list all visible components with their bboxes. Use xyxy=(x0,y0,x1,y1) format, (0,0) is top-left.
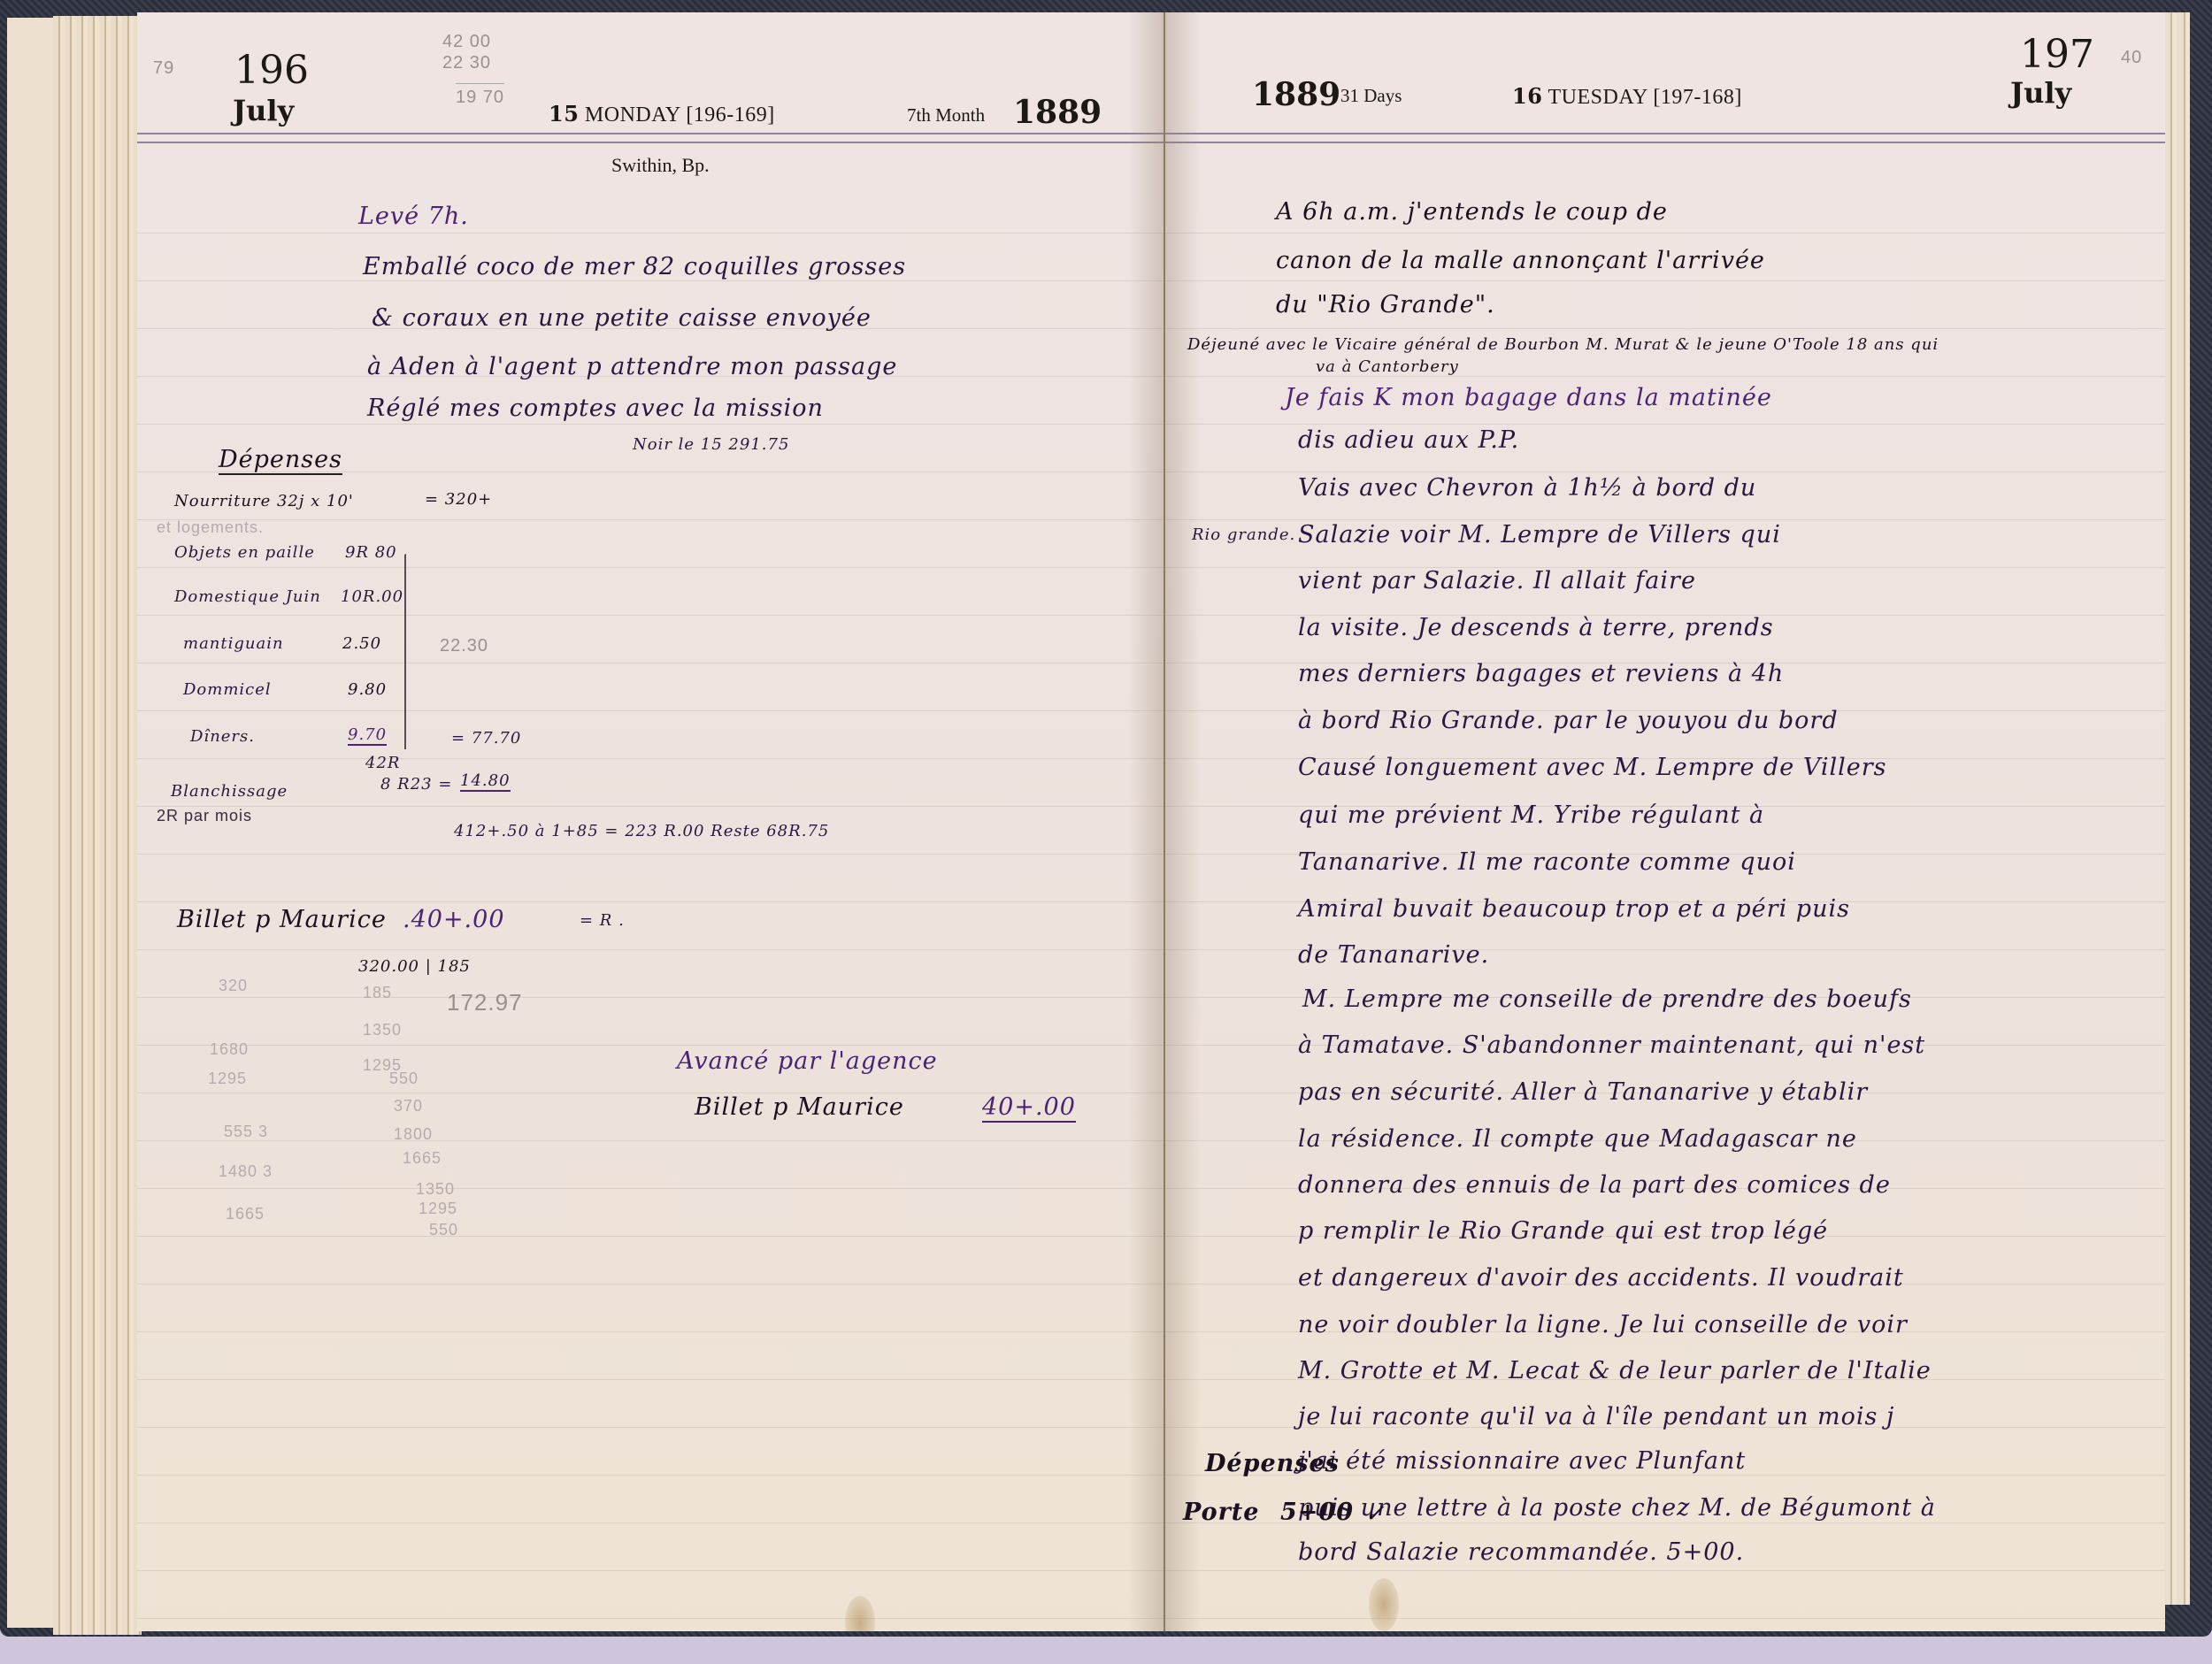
day-number: 16 xyxy=(1512,83,1542,109)
calc-col: 1350 xyxy=(363,1021,402,1039)
diary-entry-line: canon de la malle annonçant l'arrivée xyxy=(1276,247,1765,274)
expense-label: Nourriture 32j x 10' xyxy=(174,492,354,510)
calc-left-col: 320 xyxy=(219,977,248,995)
calc-left-col: 555 3 xyxy=(224,1123,268,1141)
expense-amount: 9.80 xyxy=(348,680,387,699)
diary-entry-line: donnera des ennuis de la part des comice… xyxy=(1298,1171,1891,1199)
paper-stain xyxy=(1369,1578,1399,1631)
margin-number: 79 xyxy=(153,58,174,79)
expense-amount: 10R.00 xyxy=(341,587,403,606)
header-double-rule xyxy=(137,133,1164,143)
expense-total: = 77.70 xyxy=(451,729,521,748)
diary-entry-line: bord Salazie recommandée. 5+00. xyxy=(1298,1538,1744,1566)
page-stack-edges-right xyxy=(2163,12,2190,1605)
calc-left-col: 1295 xyxy=(208,1070,247,1088)
calc-result: 172.97 xyxy=(447,989,523,1016)
diary-entry-line: Salazie voir M. Lempre de Villers qui xyxy=(1298,521,1781,548)
diary-entry-line: et dangereux d'avoir des accidents. Il v… xyxy=(1298,1264,1904,1292)
pencil-sum-line: 22 30 xyxy=(442,53,491,73)
calc-col: 550 xyxy=(389,1070,419,1088)
diary-entry-line: à Tamatave. S'abandonner maintenant, qui… xyxy=(1298,1031,1925,1059)
expense-amount: = 320+ xyxy=(425,490,492,509)
diary-entry-line: Causé longuement avec M. Lempre de Ville… xyxy=(1298,754,1887,781)
day-number: 15 xyxy=(549,101,579,127)
expense-label: Dîners. xyxy=(190,727,255,746)
expense-note: 22.30 xyxy=(440,636,488,656)
checkmark-icon: ✓ xyxy=(1364,1500,1386,1528)
diary-entry-line: ne voir doubler la ligne. Je lui conseil… xyxy=(1298,1311,1908,1338)
diary-entry-line: du "Rio Grande". xyxy=(1276,291,1495,318)
calc-top: 320.00 | 185 xyxy=(358,957,471,976)
diary-entry-line: la résidence. Il compte que Madagascar n… xyxy=(1298,1125,1857,1153)
diary-entry-line: A 6h a.m. j'entends le coup de xyxy=(1276,198,1668,226)
expense-label: Porte xyxy=(1183,1499,1259,1526)
diary-entry-line: à bord Rio Grande. par le youyou du bord xyxy=(1298,707,1839,734)
expenses-grand-total: 412+.50 à 1+85 = 223 R.00 Reste 68R.75 xyxy=(454,822,829,840)
calc-col: 185 xyxy=(363,984,392,1002)
diary-entry-line: j'ai été missionnaire avec Plunfant xyxy=(1298,1447,1746,1475)
expense-amount: 2.50 xyxy=(342,634,381,653)
pencil-sum-line: 42 00 xyxy=(442,32,491,52)
diary-entry-line: Déjeuné avec le Vicaire général de Bourb… xyxy=(1187,335,1939,354)
pencil-sum-result: 19 70 xyxy=(456,83,504,108)
date-heading: 16 TUESDAY [197-168] xyxy=(1512,83,1742,110)
expense-amount: 5+00 xyxy=(1280,1499,1354,1526)
header-double-rule xyxy=(1165,133,2165,143)
diary-page-left: 79 196 July 42 00 22 30 19 70 15 MONDAY … xyxy=(137,12,1165,1631)
diary-entry-line: de Tananarive. xyxy=(1298,941,1489,969)
month-ordinal: 7th Month xyxy=(907,104,985,127)
diary-entry-line: Je fais K mon bagage dans la matinée xyxy=(1285,384,1772,411)
expenses-title: Dépenses xyxy=(1205,1450,1340,1477)
diary-entry-line: Tananarive. Il me raconte comme quoi xyxy=(1298,848,1796,876)
calc-col: 370 xyxy=(394,1097,423,1116)
calc-col: 1295 xyxy=(419,1200,457,1218)
days-count: 31 Days xyxy=(1340,85,1402,107)
diary-entry-line: pas en sécurité. Aller à Tananarive y ét… xyxy=(1298,1078,1868,1106)
billet-label: Billet p Maurice xyxy=(177,906,387,933)
diary-entry-line: M. Grotte et M. Lecat & de leur parler d… xyxy=(1298,1357,1932,1384)
diary-entry-line: va à Cantorbery xyxy=(1316,357,1459,376)
weekday: MONDAY xyxy=(585,104,680,127)
diary-entry-line: qui me prévient M. Yribe régulant à xyxy=(1298,801,1764,829)
diary-entry-line: vient par Salazie. Il allait faire xyxy=(1298,567,1696,594)
expense-amount: 9.70 xyxy=(348,725,387,746)
endpaper-left xyxy=(7,18,60,1628)
diary-page-right: 1889 31 Days 16 TUESDAY [197-168] 197 Ju… xyxy=(1165,12,2165,1631)
diary-entry-line: dis adieu aux P.P. xyxy=(1298,426,1519,454)
diary-entry-line: p remplir le Rio Grande qui est trop lég… xyxy=(1298,1217,1828,1245)
diary-entry-line: mes derniers bagages et reviens à 4h xyxy=(1298,660,1784,687)
expense-label: Objets en paille xyxy=(174,543,315,562)
calc-col: 1800 xyxy=(394,1125,433,1144)
diary-entry-line: & coraux en une petite caisse envoyée xyxy=(372,304,872,332)
diary-entry-line: je lui raconte qu'il va à l'île pendant … xyxy=(1298,1403,1894,1430)
diary-entry-line: Vais avec Chevron à 1h½ à bord du xyxy=(1298,474,1756,502)
diary-entry-line: Réglé mes comptes avec la mission xyxy=(367,395,824,422)
expense-subtotal: 42R xyxy=(365,754,400,772)
calc-col: 1665 xyxy=(403,1149,442,1168)
expense-label: Domestique Juin xyxy=(174,587,321,606)
margin-number: 40 xyxy=(2121,48,2142,68)
page-stack-edges-left xyxy=(53,16,142,1635)
expense-amount: 9R 80 xyxy=(345,543,397,562)
diary-entry-line: Amiral buvait beaucoup trop et a péri pu… xyxy=(1298,895,1850,923)
diary-entry-line: M. Lempre me conseille de prendre des bo… xyxy=(1302,985,1912,1013)
billet-result: = R . xyxy=(580,911,625,930)
noir-note: Noir le 15 291.75 xyxy=(633,435,789,454)
gutter-shadow xyxy=(1128,12,1164,1631)
advance-note-title: Avancé par l'agence xyxy=(677,1047,938,1075)
expense-label: et logements. xyxy=(157,518,264,537)
calc-left-col: 1665 xyxy=(226,1205,265,1223)
diary-entry-line: à Aden à l'agent p attendre mon passage xyxy=(367,353,897,380)
advance-note-amount: 40+.00 xyxy=(982,1093,1076,1123)
year: 1889 xyxy=(1252,76,1340,113)
expense-amount: 8 R23 = xyxy=(380,775,452,794)
date-heading: 15 MONDAY [196-169] xyxy=(549,101,775,127)
diary-entry-line: Emballé coco de mer 82 coquilles grosses xyxy=(363,253,906,280)
calc-left-col: 1480 3 xyxy=(219,1162,273,1181)
month-label: July xyxy=(233,94,294,127)
diary-entry-line: Levé 7h. xyxy=(358,203,469,230)
expenses-title: Dépenses xyxy=(219,446,342,475)
expense-label: Dommicel xyxy=(183,680,272,699)
margin-note: Rio grande. xyxy=(1192,525,1295,544)
billet-amount: .40+.00 xyxy=(403,906,505,933)
day-range: [197-168] xyxy=(1653,86,1741,109)
month-label: July xyxy=(2010,76,2071,110)
page-number: 196 xyxy=(234,48,309,93)
calc-left-col: 1680 xyxy=(210,1040,249,1059)
expense-label: Blanchissage xyxy=(171,782,288,801)
saint-day: Swithin, Bp. xyxy=(611,154,710,177)
advance-note-label: Billet p Maurice xyxy=(695,1093,904,1121)
calc-col: 550 xyxy=(429,1221,458,1239)
expense-label: mantiguain xyxy=(183,634,284,653)
expense-bracket xyxy=(404,554,406,749)
day-range: [196-169] xyxy=(686,104,774,127)
year: 1889 xyxy=(1013,94,1102,131)
expense-label: 2R par mois xyxy=(157,807,252,825)
diary-entry-line: puis une lettre à la poste chez M. de Bé… xyxy=(1298,1494,1936,1522)
calc-col: 1350 xyxy=(416,1180,455,1199)
weekday: TUESDAY xyxy=(1548,86,1647,109)
expense-total: 14.80 xyxy=(460,771,511,792)
page-number: 197 xyxy=(2020,32,2094,77)
diary-entry-line: la visite. Je descends à terre, prends xyxy=(1298,614,1774,641)
gutter-shadow xyxy=(1165,12,1201,1631)
